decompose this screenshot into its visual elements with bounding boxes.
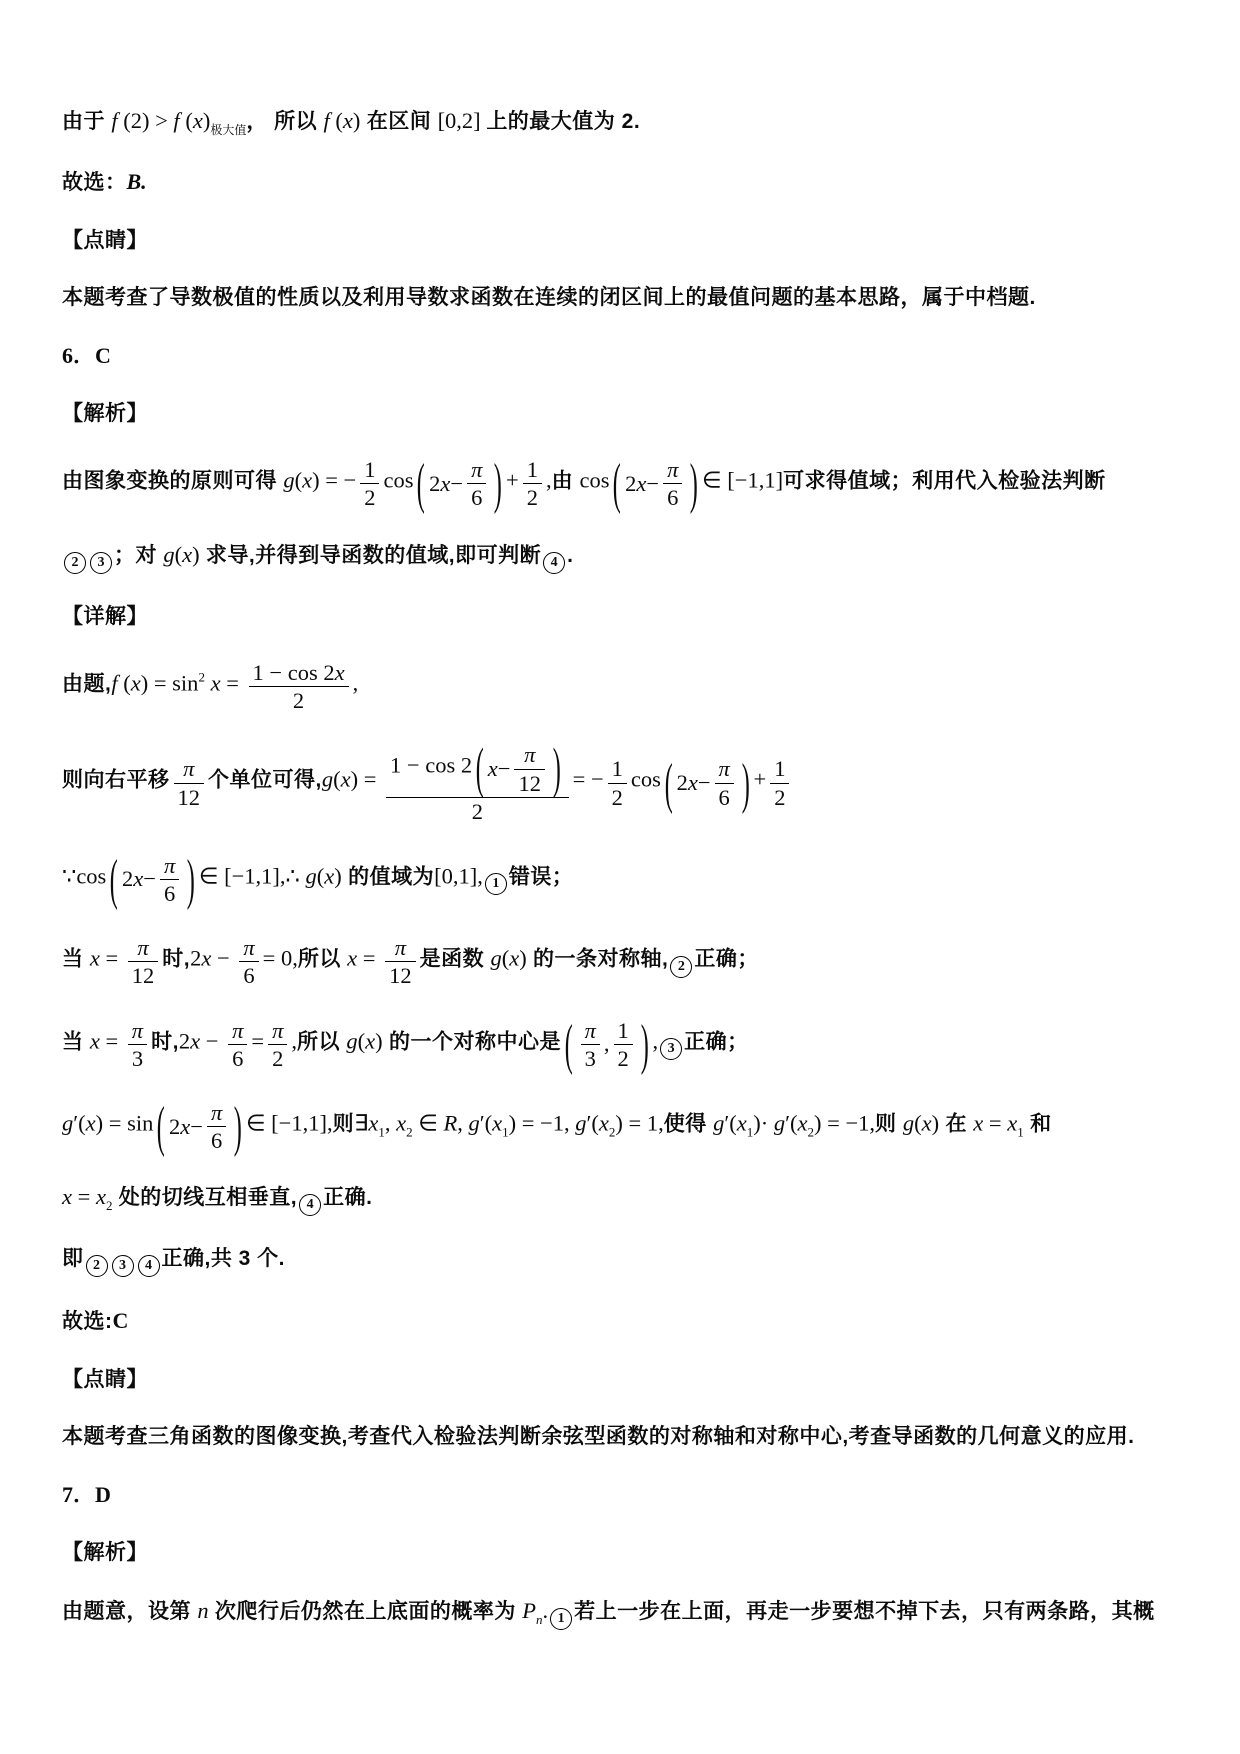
math-roman: 2	[179, 1028, 190, 1053]
chinese-text: 当	[62, 948, 90, 971]
chinese-text: 本题考查三角函数的图像变换,考查代入检验法判断余弦型函数的对称轴和对称中心,考查…	[62, 1425, 1135, 1448]
math-roman: ,	[457, 1110, 468, 1135]
text-line: 【点睛】	[62, 1366, 1180, 1394]
fraction: π12	[385, 935, 416, 988]
math-roman: ∈ [−1,1]	[702, 468, 783, 493]
math-italic: x	[1007, 1110, 1017, 1135]
numerator: π	[128, 935, 159, 961]
text-line: 当 x = π3时,2x − π6=π2,所以 g(x) 的一个对称中心是(π3…	[62, 1018, 1180, 1071]
math-roman: 2	[677, 768, 688, 798]
math-italic: x	[335, 660, 345, 685]
text-line: 6．C	[62, 341, 1180, 371]
math-italic: x	[599, 1110, 609, 1135]
numerator: π	[385, 935, 416, 961]
chinese-text: 时,	[162, 948, 190, 971]
math-roman: +	[506, 468, 519, 493]
math-roman: ′(	[586, 1110, 598, 1135]
text-line: 本题考查三角函数的图像变换,考查代入检验法判断余弦型函数的对称轴和对称中心,考查…	[62, 1423, 1180, 1451]
right-paren: )	[234, 1089, 242, 1165]
circled-number: 3	[112, 1255, 134, 1277]
math-roman: −	[200, 1028, 224, 1053]
text-line: 由题意，设第 n 次爬行后仍然在上底面的概率为 Pn.1若上一步在上面，再走一步…	[62, 1596, 1180, 1630]
math-italic: g	[490, 946, 501, 971]
math-roman: ) = sin	[96, 1110, 154, 1135]
math-italic: x	[636, 469, 646, 499]
math-roman: ∈	[413, 1110, 444, 1135]
math-roman: ∈ [−1,1],∴	[199, 863, 306, 888]
chinese-text: 则向右平移	[62, 769, 170, 792]
numerator: π	[268, 1018, 287, 1044]
right-paren: )	[494, 446, 502, 522]
text-line: 【点睛】	[62, 227, 1180, 255]
numerator: 1	[770, 756, 789, 782]
math-roman: 12	[178, 785, 201, 810]
fraction: π6	[228, 1018, 247, 1071]
text-line: 则向右平移π12个单位可得,g(x) = 1 − cos 2(x − π12)2…	[62, 742, 1180, 824]
math-roman: (	[175, 542, 183, 567]
left-paren: (	[665, 745, 673, 821]
text-line: ∵cos(2x − π6)∈ [−1,1],∴ g(x) 的值域为[0,1],1…	[62, 853, 1180, 906]
math-roman: 1	[618, 1018, 629, 1043]
circled-number: 4	[299, 1194, 321, 1216]
answer-label: B.	[127, 169, 147, 194]
text-line: 由题,f (x) = sin2 x = 1 − cos 2x2,	[62, 660, 1180, 713]
paren-content: 2x − π6	[677, 756, 738, 809]
math-italic: x	[90, 946, 100, 971]
math-italic: x	[798, 1110, 808, 1135]
math-italic: x	[193, 108, 203, 133]
circled-number: 4	[138, 1255, 160, 1277]
math-roman: −	[211, 946, 235, 971]
math-roman: ∃	[354, 1110, 368, 1135]
chinese-text: 【解析】	[62, 402, 148, 425]
denominator: 2	[608, 783, 627, 810]
math-roman: ′(	[724, 1110, 736, 1135]
text-line: 由于 f (2) > f (x)极大值， 所以 f (x) 在区间 [0,2] …	[62, 106, 1180, 138]
chinese-text: 处的切线互相垂直,	[112, 1186, 297, 1209]
denominator: 2	[523, 483, 542, 510]
math-roman: =	[357, 946, 381, 971]
math-italic: x	[365, 1028, 375, 1053]
math-roman: 1	[364, 457, 375, 482]
chinese-text: 的一条对称轴,	[527, 948, 669, 971]
chinese-text: 在	[939, 1112, 973, 1135]
paren-group: (2x − π6)	[153, 1100, 246, 1153]
math-italic: π	[395, 935, 406, 960]
math-roman: (	[333, 767, 341, 792]
chinese-text: 由于	[62, 110, 111, 133]
math-italic: g	[163, 542, 174, 567]
text-line: 【解析】	[62, 1539, 1180, 1567]
math-roman: cos	[383, 468, 413, 493]
text-line: 本题考查了导数极值的性质以及利用导数求函数在连续的闭区间上的最值问题的基本思路，…	[62, 284, 1180, 312]
math-italic: x	[509, 946, 519, 971]
math-roman: 12	[518, 771, 541, 796]
math-italic: x	[396, 1110, 406, 1135]
math-roman: 2	[625, 469, 636, 499]
fraction: π6	[239, 935, 258, 988]
numerator: 1 − cos 2(x − π12)	[386, 742, 569, 796]
math-roman: 6	[667, 485, 678, 510]
math-roman: ) = sin	[141, 670, 199, 695]
math-italic: π	[211, 1100, 222, 1125]
numerator: π	[514, 742, 545, 768]
math-roman: 2	[618, 1046, 629, 1071]
math-italic: g	[283, 468, 294, 493]
math-roman: 1 − cos 2	[390, 753, 472, 778]
denominator: 3	[128, 1044, 147, 1071]
math-roman: 2	[774, 785, 785, 810]
text-line: 故选:C	[62, 1306, 1180, 1336]
numerator: π	[228, 1018, 247, 1044]
math-roman: +	[753, 767, 766, 792]
numerator: 1	[523, 457, 542, 483]
math-italic: R	[443, 1110, 457, 1135]
paren-group: (2x − π6)	[609, 457, 702, 510]
answer-label: 7．D	[62, 1482, 111, 1507]
denominator: 2	[360, 483, 379, 510]
math-italic: x	[368, 1110, 378, 1135]
math-italic: π	[719, 756, 730, 781]
numerator: π	[663, 457, 682, 483]
chinese-text: 正确.	[323, 1186, 372, 1209]
math-roman: =	[100, 1028, 124, 1053]
math-roman: )	[519, 946, 527, 971]
denominator: 12	[174, 783, 205, 810]
chinese-text: 由题意，设第	[62, 1600, 197, 1623]
circled-number: 3	[90, 552, 112, 574]
chinese-text: 由	[552, 470, 580, 493]
left-paren: (	[565, 1006, 573, 1082]
left-paren: (	[417, 446, 425, 522]
math-roman: 6	[164, 881, 175, 906]
math-italic: x	[922, 1110, 932, 1135]
chinese-text: 则	[875, 1112, 903, 1135]
fraction: π12	[128, 935, 159, 988]
right-paren: )	[690, 446, 698, 522]
circled-number: 2	[64, 552, 86, 574]
text-line: 故选：B.	[62, 167, 1180, 197]
text-line: 【解析】	[62, 400, 1180, 428]
denominator: 6	[715, 783, 734, 810]
circled-number: 1	[550, 1608, 572, 1630]
circled-number: 2	[670, 956, 692, 978]
chinese-text: 在区间	[360, 110, 437, 133]
right-paren: )	[641, 1006, 649, 1082]
denominator: 3	[581, 1044, 600, 1071]
numerator: π	[160, 853, 179, 879]
paren-content: 2x − π6	[122, 853, 183, 906]
math-italic: g	[346, 1028, 357, 1053]
math-roman: 2	[429, 469, 440, 499]
math-italic: g	[322, 767, 333, 792]
math-roman: (	[180, 108, 193, 133]
circled-number: 4	[543, 552, 565, 574]
text-line: g′(x) = sin(2x − π6)∈ [−1,1],则∃x1, x2 ∈ …	[62, 1100, 1180, 1153]
math-italic: g	[305, 863, 316, 888]
math-roman: =	[72, 1184, 96, 1209]
math-italic: x	[182, 542, 192, 567]
document-page: 由于 f (2) > f (x)极大值， 所以 f (x) 在区间 [0,2] …	[0, 0, 1240, 1630]
left-paren: (	[110, 842, 118, 918]
math-roman: ,	[604, 1029, 610, 1059]
math-roman: )·	[753, 1110, 774, 1135]
math-roman: 1	[527, 457, 538, 482]
math-roman: 2	[190, 946, 201, 971]
chinese-text: 正确；	[694, 948, 759, 971]
chinese-text: 时,	[151, 1030, 179, 1053]
math-italic: π	[272, 1018, 283, 1043]
math-roman: .	[543, 1598, 549, 1623]
fraction: π6	[467, 457, 486, 510]
math-roman: −	[143, 864, 156, 894]
math-italic: x	[190, 1028, 200, 1053]
math-italic: P	[522, 1598, 536, 1623]
chinese-text: 故选：	[62, 171, 127, 194]
math-roman: 3	[585, 1046, 596, 1071]
math-italic: x	[96, 1184, 106, 1209]
math-roman: ,	[353, 670, 359, 695]
right-paren: )	[742, 745, 750, 821]
numerator: π	[715, 756, 734, 782]
math-roman: −	[698, 768, 711, 798]
chinese-text: 【点睛】	[62, 1368, 148, 1391]
fraction: π3	[581, 1018, 600, 1071]
math-italic: x	[343, 108, 353, 133]
fraction: 12	[770, 756, 789, 809]
chinese-text: 所以	[297, 1030, 346, 1053]
math-roman: )	[932, 1110, 940, 1135]
math-roman: 6	[243, 963, 254, 988]
fraction: 1 − cos 2(x − π12)2	[386, 742, 569, 824]
denominator: 6	[207, 1126, 226, 1153]
math-italic: π	[243, 935, 254, 960]
chinese-text: 使得	[664, 1112, 713, 1135]
math-roman: ) = 1,	[615, 1110, 663, 1135]
math-roman: 12	[389, 963, 412, 988]
paren-group: (2x − π6)	[413, 457, 506, 510]
denominator: 2	[386, 797, 569, 824]
math-roman: 6	[232, 1046, 243, 1071]
paren-group: (2x − π6)	[106, 853, 199, 906]
paren-content: π3,12	[577, 1018, 637, 1071]
math-italic: π	[137, 935, 148, 960]
math-italic: x	[180, 1112, 190, 1142]
math-italic: x	[90, 1028, 100, 1053]
text-line: 7．D	[62, 1480, 1180, 1510]
chinese-text: 即	[62, 1247, 84, 1270]
math-roman: ) = −	[312, 468, 356, 493]
chinese-text: 可求得值域；利用代入检验法判断	[783, 470, 1106, 493]
math-roman: 2	[472, 799, 483, 824]
chinese-text: 个单位可得,	[208, 769, 322, 792]
math-italic: π	[132, 1018, 143, 1043]
denominator: 2	[614, 1044, 633, 1071]
math-italic: x	[131, 670, 141, 695]
math-roman: 1 − cos 2	[253, 660, 335, 685]
math-roman: ′(	[73, 1110, 85, 1135]
fraction: π6	[207, 1100, 226, 1153]
answer-label: 6．C	[62, 343, 111, 368]
paren-content: x − π12	[488, 742, 549, 795]
math-roman: )	[375, 1028, 383, 1053]
fraction: 12	[608, 756, 627, 809]
math-roman: cos	[579, 468, 609, 493]
fraction: 12	[360, 457, 379, 510]
numerator: 1	[614, 1018, 633, 1044]
fraction: 12	[614, 1018, 633, 1071]
numerator: π	[467, 457, 486, 483]
text-line: 当 x = π12时,2x − π6= 0,所以 x = π12是函数 g(x)…	[62, 935, 1180, 988]
math-roman: ) =	[351, 767, 382, 792]
text-line: x = x2 处的切线互相垂直,4正确.	[62, 1182, 1180, 1216]
math-italic: g	[575, 1110, 586, 1135]
fraction: π2	[268, 1018, 287, 1071]
math-roman: ∈ [−1,1],	[246, 1110, 333, 1135]
math-roman: ) = −1,	[814, 1110, 875, 1135]
chinese-text: 次爬行后仍然在上底面的概率为	[209, 1600, 523, 1623]
text-line: 23；对 g(x) 求导,并得到导函数的值域,即可判断4.	[62, 540, 1180, 574]
circled-number: 1	[485, 873, 507, 895]
denominator: 2	[770, 783, 789, 810]
math-italic: x	[973, 1110, 983, 1135]
math-roman: [0,2]	[438, 108, 487, 133]
chinese-text: 上的最大值为 2.	[486, 110, 640, 133]
right-paren: )	[553, 737, 561, 800]
text-line: 【详解】	[62, 603, 1180, 631]
math-italic: x	[201, 946, 211, 971]
math-roman: 2	[169, 1112, 180, 1142]
chinese-text: 错误；	[509, 865, 574, 888]
math-italic: n	[197, 1598, 208, 1623]
chinese-text: ；对	[114, 544, 163, 567]
math-italic: x	[737, 1110, 747, 1135]
denominator: 12	[514, 769, 545, 796]
math-roman: )	[334, 863, 342, 888]
denominator: 6	[467, 483, 486, 510]
chinese-text: 【点睛】	[62, 229, 148, 252]
fraction: π3	[128, 1018, 147, 1071]
math-roman: 6	[471, 485, 482, 510]
chinese-text: 本题考查了导数极值的性质以及利用导数求函数在连续的闭区间上的最值问题的基本思路，…	[62, 286, 1036, 309]
math-italic: g	[713, 1110, 724, 1135]
paren-content: 2x − π6	[169, 1100, 230, 1153]
fraction: 1 − cos 2x2	[249, 660, 349, 713]
chinese-text: 【解析】	[62, 1541, 148, 1564]
math-italic: x	[688, 768, 698, 798]
fraction: π6	[663, 457, 682, 510]
math-italic: x	[205, 670, 221, 695]
chinese-text: ， 所以	[246, 110, 323, 133]
math-roman: (	[914, 1110, 922, 1135]
denominator: 2	[249, 686, 349, 713]
math-italic: π	[232, 1018, 243, 1043]
math-roman: 6	[211, 1128, 222, 1153]
math-roman: 2	[364, 485, 375, 510]
answer-label: C	[113, 1308, 129, 1333]
math-roman: (2) >	[118, 108, 174, 133]
paren-content: 2x − π6	[625, 457, 686, 510]
math-italic: x	[62, 1184, 72, 1209]
left-paren: (	[157, 1089, 165, 1165]
numerator: 1	[608, 756, 627, 782]
chinese-text: 故选:	[62, 1310, 113, 1333]
math-roman: −	[190, 1112, 203, 1142]
math-roman: −	[450, 469, 463, 499]
numerator: 1 − cos 2x	[249, 660, 349, 686]
math-roman: 1	[612, 756, 623, 781]
numerator: 1	[360, 457, 379, 483]
math-italic: π	[585, 1018, 596, 1043]
math-roman: 2	[527, 485, 538, 510]
math-roman: =	[251, 1028, 264, 1053]
math-italic: x	[492, 1110, 502, 1135]
math-italic: x	[86, 1110, 96, 1135]
chinese-text: 若上一步在上面，再走一步要想不掉下去，只有两条路，其概	[574, 1600, 1155, 1623]
denominator: 12	[385, 961, 416, 988]
denominator: 12	[128, 961, 159, 988]
math-roman: = −	[573, 767, 604, 792]
math-italic: x	[440, 469, 450, 499]
math-roman: (	[118, 670, 131, 695]
math-roman: 2	[272, 1046, 283, 1071]
chinese-text: 所以	[298, 948, 347, 971]
math-italic: x	[347, 946, 357, 971]
numerator: π	[239, 935, 258, 961]
chinese-text: 由题,	[62, 672, 111, 695]
denominator: 6	[228, 1044, 247, 1071]
math-roman: )	[192, 542, 200, 567]
paren-content: 2x − π6	[429, 457, 490, 510]
math-roman: =	[221, 670, 245, 695]
math-italic: x	[302, 468, 312, 493]
math-italic: x	[133, 864, 143, 894]
math-roman: = 0,	[263, 946, 298, 971]
math-roman: −	[646, 469, 659, 499]
circled-number: 2	[86, 1255, 108, 1277]
math-italic: g	[903, 1110, 914, 1135]
math-roman: 12	[132, 963, 155, 988]
circled-number: 3	[660, 1038, 682, 1060]
math-roman: 3	[132, 1046, 143, 1071]
fraction: π6	[715, 756, 734, 809]
math-italic: x	[488, 756, 498, 781]
chinese-text: 当	[62, 1030, 90, 1053]
fraction: π12	[174, 756, 205, 809]
numerator: π	[581, 1018, 600, 1044]
math-italic: g	[468, 1110, 479, 1135]
right-paren: )	[187, 842, 195, 918]
math-italic: x	[324, 863, 334, 888]
math-roman: ∵cos	[62, 863, 106, 888]
math-roman: ′(	[785, 1110, 797, 1135]
paren-group: (π3,12)	[561, 1018, 653, 1071]
left-paren: (	[476, 737, 484, 800]
chinese-text: 则	[333, 1112, 355, 1135]
numerator: π	[174, 756, 205, 782]
math-roman: 6	[719, 785, 730, 810]
math-roman: ′(	[480, 1110, 492, 1135]
math-roman: (	[330, 108, 343, 133]
math-roman: (	[358, 1028, 366, 1053]
math-roman: ,	[385, 1110, 396, 1135]
math-roman: =	[983, 1110, 1007, 1135]
chinese-text: 是函数	[420, 948, 491, 971]
math-italic: g	[774, 1110, 785, 1135]
fraction: π12	[514, 742, 545, 795]
chinese-text: 正确；	[684, 1030, 749, 1053]
chinese-text: 的一个对称中心是	[383, 1030, 561, 1053]
